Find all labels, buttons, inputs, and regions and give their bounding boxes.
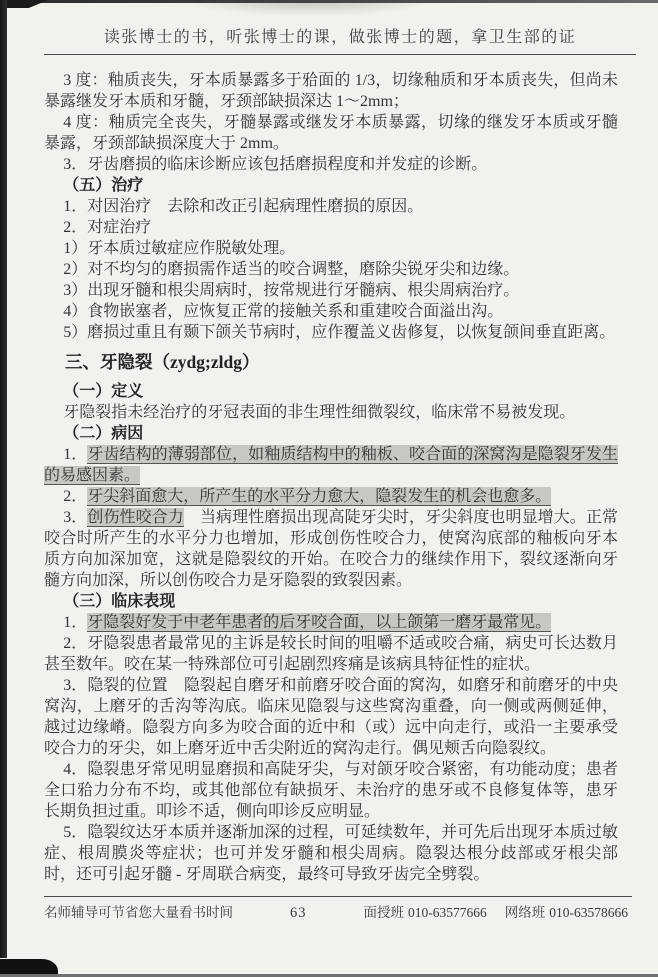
contact-label: 网络班 <box>505 905 546 920</box>
text-run: 3．隐裂的位置 隐裂起自磨牙和前磨牙咬合面的窝沟，如磨牙和前磨牙的中央窝沟，上磨… <box>44 677 618 757</box>
subsection-heading: （二）病因 <box>44 423 618 444</box>
subsection-heading: （三）临床表现 <box>44 591 618 612</box>
contact-phone: 010-63577666 <box>408 905 487 920</box>
paragraph: 1）牙本质过敏症应作脱敏处理。 <box>44 238 618 259</box>
text-run: （五）治疗 <box>63 177 143 194</box>
paragraph: 3）出现牙髓和根尖周病时，按常规进行牙髓病、根尖周病治疗。 <box>44 280 618 301</box>
highlighted-text: 牙尖斜面愈大，所产生的水平分力愈大，隐裂发生的机会也愈多。 <box>87 487 551 506</box>
highlighted-text: 牙齿结构的薄弱部位，如釉质结构中的釉板、咬合面的深窝沟是隐裂牙发生的易感因素。 <box>44 445 618 485</box>
paragraph: 3 度：釉质丧失，牙本质暴露多于𬌗面的 1/3，切缘釉质和牙本质丧失，但尚未暴露… <box>44 70 618 112</box>
paragraph: 2．牙隐裂患者最常见的主诉是较长时间的咀嚼不适或咬合痛，病史可长达数月甚至数年。… <box>44 633 618 675</box>
text-run: 1．对因治疗 去除和改正引起病理性磨损的原因。 <box>63 198 423 215</box>
highlighted-text: 牙隐裂好发于中老年患者的后牙咬合面，以上颌第一磨牙最常见。 <box>87 613 551 632</box>
page-header: 读张博士的书，听张博士的课，做张博士的题，拿卫生部的证 <box>44 24 636 55</box>
header-slogan: 读张博士的书，听张博士的课，做张博士的题，拿卫生部的证 <box>44 24 636 47</box>
scan-edge-left <box>0 0 7 958</box>
contact-phone: 010-63578666 <box>549 905 628 920</box>
paragraph: 4）食物嵌塞者，应恢复正常的接触关系和重建咬合面溢出沟。 <box>44 301 618 322</box>
paragraph: 2）对不均匀的磨损需作适当的咬合调整，磨除尖锐牙尖和边缘。 <box>44 259 618 280</box>
text-run: （三）临床表现 <box>63 593 175 610</box>
text-run: 4）食物嵌塞者，应恢复正常的接触关系和重建咬合面溢出沟。 <box>63 303 503 320</box>
paragraph: 3．创伤性咬合力 当病理性磨损出现高陡牙尖时，牙尖斜度也明显增大。正常咬合时所产… <box>44 507 618 591</box>
page-footer: 名师辅导可节省您大量看书时间 63 面授班010-63577666 网络班010… <box>44 896 632 922</box>
text-run: 1． <box>63 614 87 631</box>
text-run: 4．隐裂患牙常见明显磨损和高陡牙尖，与对颌牙咬合紧密，有功能动度；患者全口𬌗力分… <box>44 761 618 820</box>
subsection-heading: （一）定义 <box>44 381 618 402</box>
text-run: 5）磨损过重且有颞下颌关节病时，应作覆盖义齿修复，以恢复颌间垂直距离。 <box>63 324 615 341</box>
text-run: 1）牙本质过敏症应作脱敏处理。 <box>63 240 295 257</box>
text-run: 1． <box>63 446 87 463</box>
text-run: 牙隐裂指未经治疗的牙冠表面的非生理性细微裂纹，临床常不易被发现。 <box>63 404 575 421</box>
paragraph: 2．对症治疗 <box>44 217 618 238</box>
footer-contacts: 面授班010-63577666 网络班010-63578666 <box>364 901 633 921</box>
scan-corner-top-left <box>0 0 48 8</box>
paragraph: 4 度：釉质完全丧失，牙髓暴露或继发牙本质暴露，切缘的继发牙本质或牙髓暴露，牙颈… <box>44 112 618 154</box>
paragraph: 5）磨损过重且有颞下颌关节病时，应作覆盖义齿修复，以恢复颌间垂直距离。 <box>44 322 618 343</box>
text-run: 3． <box>63 509 87 526</box>
paragraph: 3．牙齿磨损的临床诊断应该包括磨损程度和并发症的诊断。 <box>44 154 618 175</box>
paragraph: 3．隐裂的位置 隐裂起自磨牙和前磨牙咬合面的窝沟，如磨牙和前磨牙的中央窝沟，上磨… <box>44 675 618 759</box>
footer-rule <box>44 896 632 897</box>
paragraph: 牙隐裂指未经治疗的牙冠表面的非生理性细微裂纹，临床常不易被发现。 <box>44 402 618 423</box>
text-run: 2）对不均匀的磨损需作适当的咬合调整，磨除尖锐牙尖和边缘。 <box>63 261 519 278</box>
subsection-heading: （五）治疗 <box>44 175 618 196</box>
highlighted-text: 创伤性咬合力 <box>87 508 184 527</box>
paragraph: 1．牙齿结构的薄弱部位，如釉质结构中的釉板、咬合面的深窝沟是隐裂牙发生的易感因素… <box>44 444 618 486</box>
text-run: 3）出现牙髓和根尖周病时，按常规进行牙髓病、根尖周病治疗。 <box>63 282 519 299</box>
text-run: 3 度：釉质丧失，牙本质暴露多于𬌗面的 1/3，切缘釉质和牙本质丧失，但尚未暴露… <box>44 72 618 110</box>
page-number: 63 <box>290 905 307 922</box>
text-run: 3．牙齿磨损的临床诊断应该包括磨损程度和并发症的诊断。 <box>63 156 487 173</box>
text-run: （一）定义 <box>63 383 143 400</box>
footer-contact-online: 网络班010-63578666 <box>505 901 632 921</box>
contact-label: 面授班 <box>364 905 405 920</box>
paragraph: 4．隐裂患牙常见明显磨损和高陡牙尖，与对颌牙咬合紧密，有功能动度；患者全口𬌗力分… <box>44 759 618 822</box>
paragraph: 2．牙尖斜面愈大，所产生的水平分力愈大，隐裂发生的机会也愈多。 <box>44 486 618 507</box>
paragraph: 1．牙隐裂好发于中老年患者的后牙咬合面，以上颌第一磨牙最常见。 <box>44 612 618 633</box>
footer-contact-classroom: 面授班010-63577666 <box>364 901 491 921</box>
text-run: 4 度：釉质完全丧失，牙髓暴露或继发牙本质暴露，切缘的继发牙本质或牙髓暴露，牙颈… <box>44 114 618 152</box>
paragraph: 5．隐裂纹达牙本质并逐渐加深的过程，可延续数年，并可先后出现牙本质过敏症、根周膜… <box>44 822 618 885</box>
scan-edge-top <box>0 0 658 3</box>
footer-left-note: 名师辅导可节省您大量看书时间 <box>44 901 233 921</box>
header-rule <box>44 54 636 55</box>
body-content: 3 度：釉质丧失，牙本质暴露多于𬌗面的 1/3，切缘釉质和牙本质丧失，但尚未暴露… <box>44 70 618 885</box>
paragraph: 1．对因治疗 去除和改正引起病理性磨损的原因。 <box>44 196 618 217</box>
text-run: 2．牙隐裂患者最常见的主诉是较长时间的咀嚼不适或咬合痛，病史可长达数月甚至数年。… <box>44 635 618 673</box>
text-run: 2．对症治疗 <box>63 219 151 236</box>
section-heading: 三、牙隐裂（zydg;zldg） <box>44 350 618 374</box>
text-run: 2． <box>63 488 87 505</box>
text-run: 三、牙隐裂（zydg;zldg） <box>65 352 259 372</box>
scanned-book-page: 读张博士的书，听张博士的课，做张博士的题，拿卫生部的证 3 度：釉质丧失，牙本质… <box>0 0 658 977</box>
text-run: （二）病因 <box>63 425 143 442</box>
text-run: 5．隐裂纹达牙本质并逐渐加深的过程，可延续数年，并可先后出现牙本质过敏症、根周膜… <box>44 824 618 883</box>
